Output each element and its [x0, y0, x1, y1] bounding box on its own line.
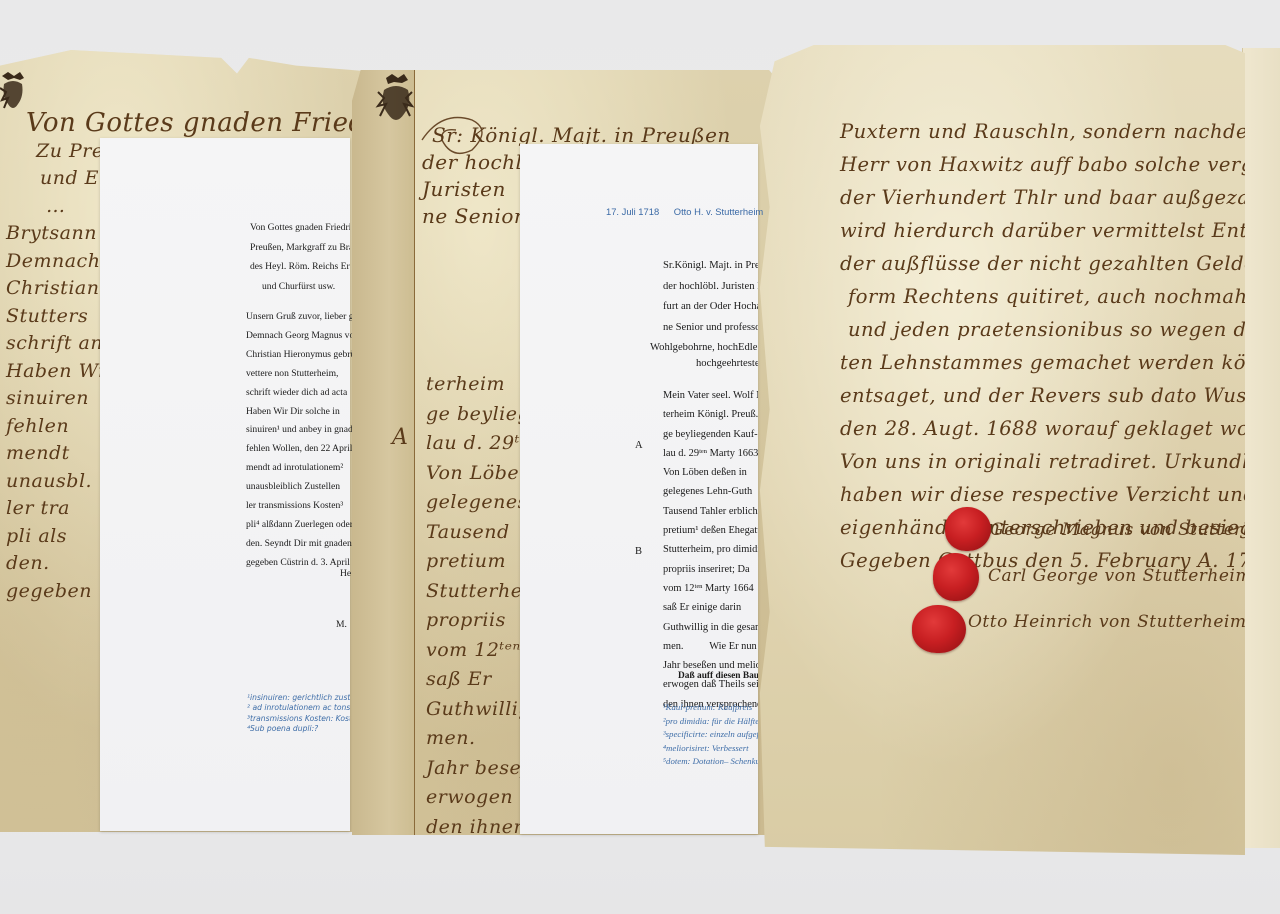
wax-seal: [912, 605, 966, 653]
footnotes: ¹Kaul-pretium: Kaufpreis ²pro dimidia: f…: [663, 701, 758, 769]
section-heading: Daß auff diesen Bauern: [678, 671, 758, 681]
transcription-header: 17. Juli 1718 Otto H. v. Stutterheim: [606, 206, 763, 217]
addressee-block: Sr.Königl. Majt. in Preußen der hochlöbl…: [663, 256, 758, 338]
signature-line: He: [340, 568, 351, 579]
footnotes: ¹insinuiren: gerichtlich zustellen ² ad …: [247, 693, 350, 735]
folded-edge: [352, 70, 415, 835]
signatures: George Magnus von Stutterheim Carl Georg…: [990, 507, 1280, 645]
manuscript-next-page-edge: [1242, 48, 1280, 848]
marginal-mark: A: [392, 425, 408, 450]
transcription-body: Unsern Gruß zuvor, lieber getreuer. Demn…: [246, 308, 356, 573]
transcription-body: Mein Vater seel. Wolf Magnus von Stut- t…: [663, 386, 758, 714]
transcription-sheet-right: 17. Juli 1718 Otto H. v. Stutterheim Sr.…: [520, 144, 758, 834]
letter-date: 17. Juli 1718: [606, 206, 659, 217]
transcription-sheet-left: Von Gottes gnaden Friedrich Wilhelm Köni…: [100, 138, 350, 831]
wax-seal: [945, 507, 991, 551]
signature-line: M.: [336, 619, 347, 630]
margin-mark-a: A: [635, 440, 643, 451]
letter-author: Otto H. v. Stutterheim: [674, 206, 763, 217]
manuscript-right: Puxtern und Rauschln, sondern nachdem au…: [755, 45, 1245, 855]
transcription-heading: Von Gottes gnaden Friedrich Wilhelm Köni…: [250, 218, 350, 296]
margin-mark-b: B: [635, 546, 642, 557]
wax-seal: [933, 553, 979, 601]
salutation: Wohlgebohrne, hochEdle hochgeehrteste He…: [650, 340, 758, 372]
